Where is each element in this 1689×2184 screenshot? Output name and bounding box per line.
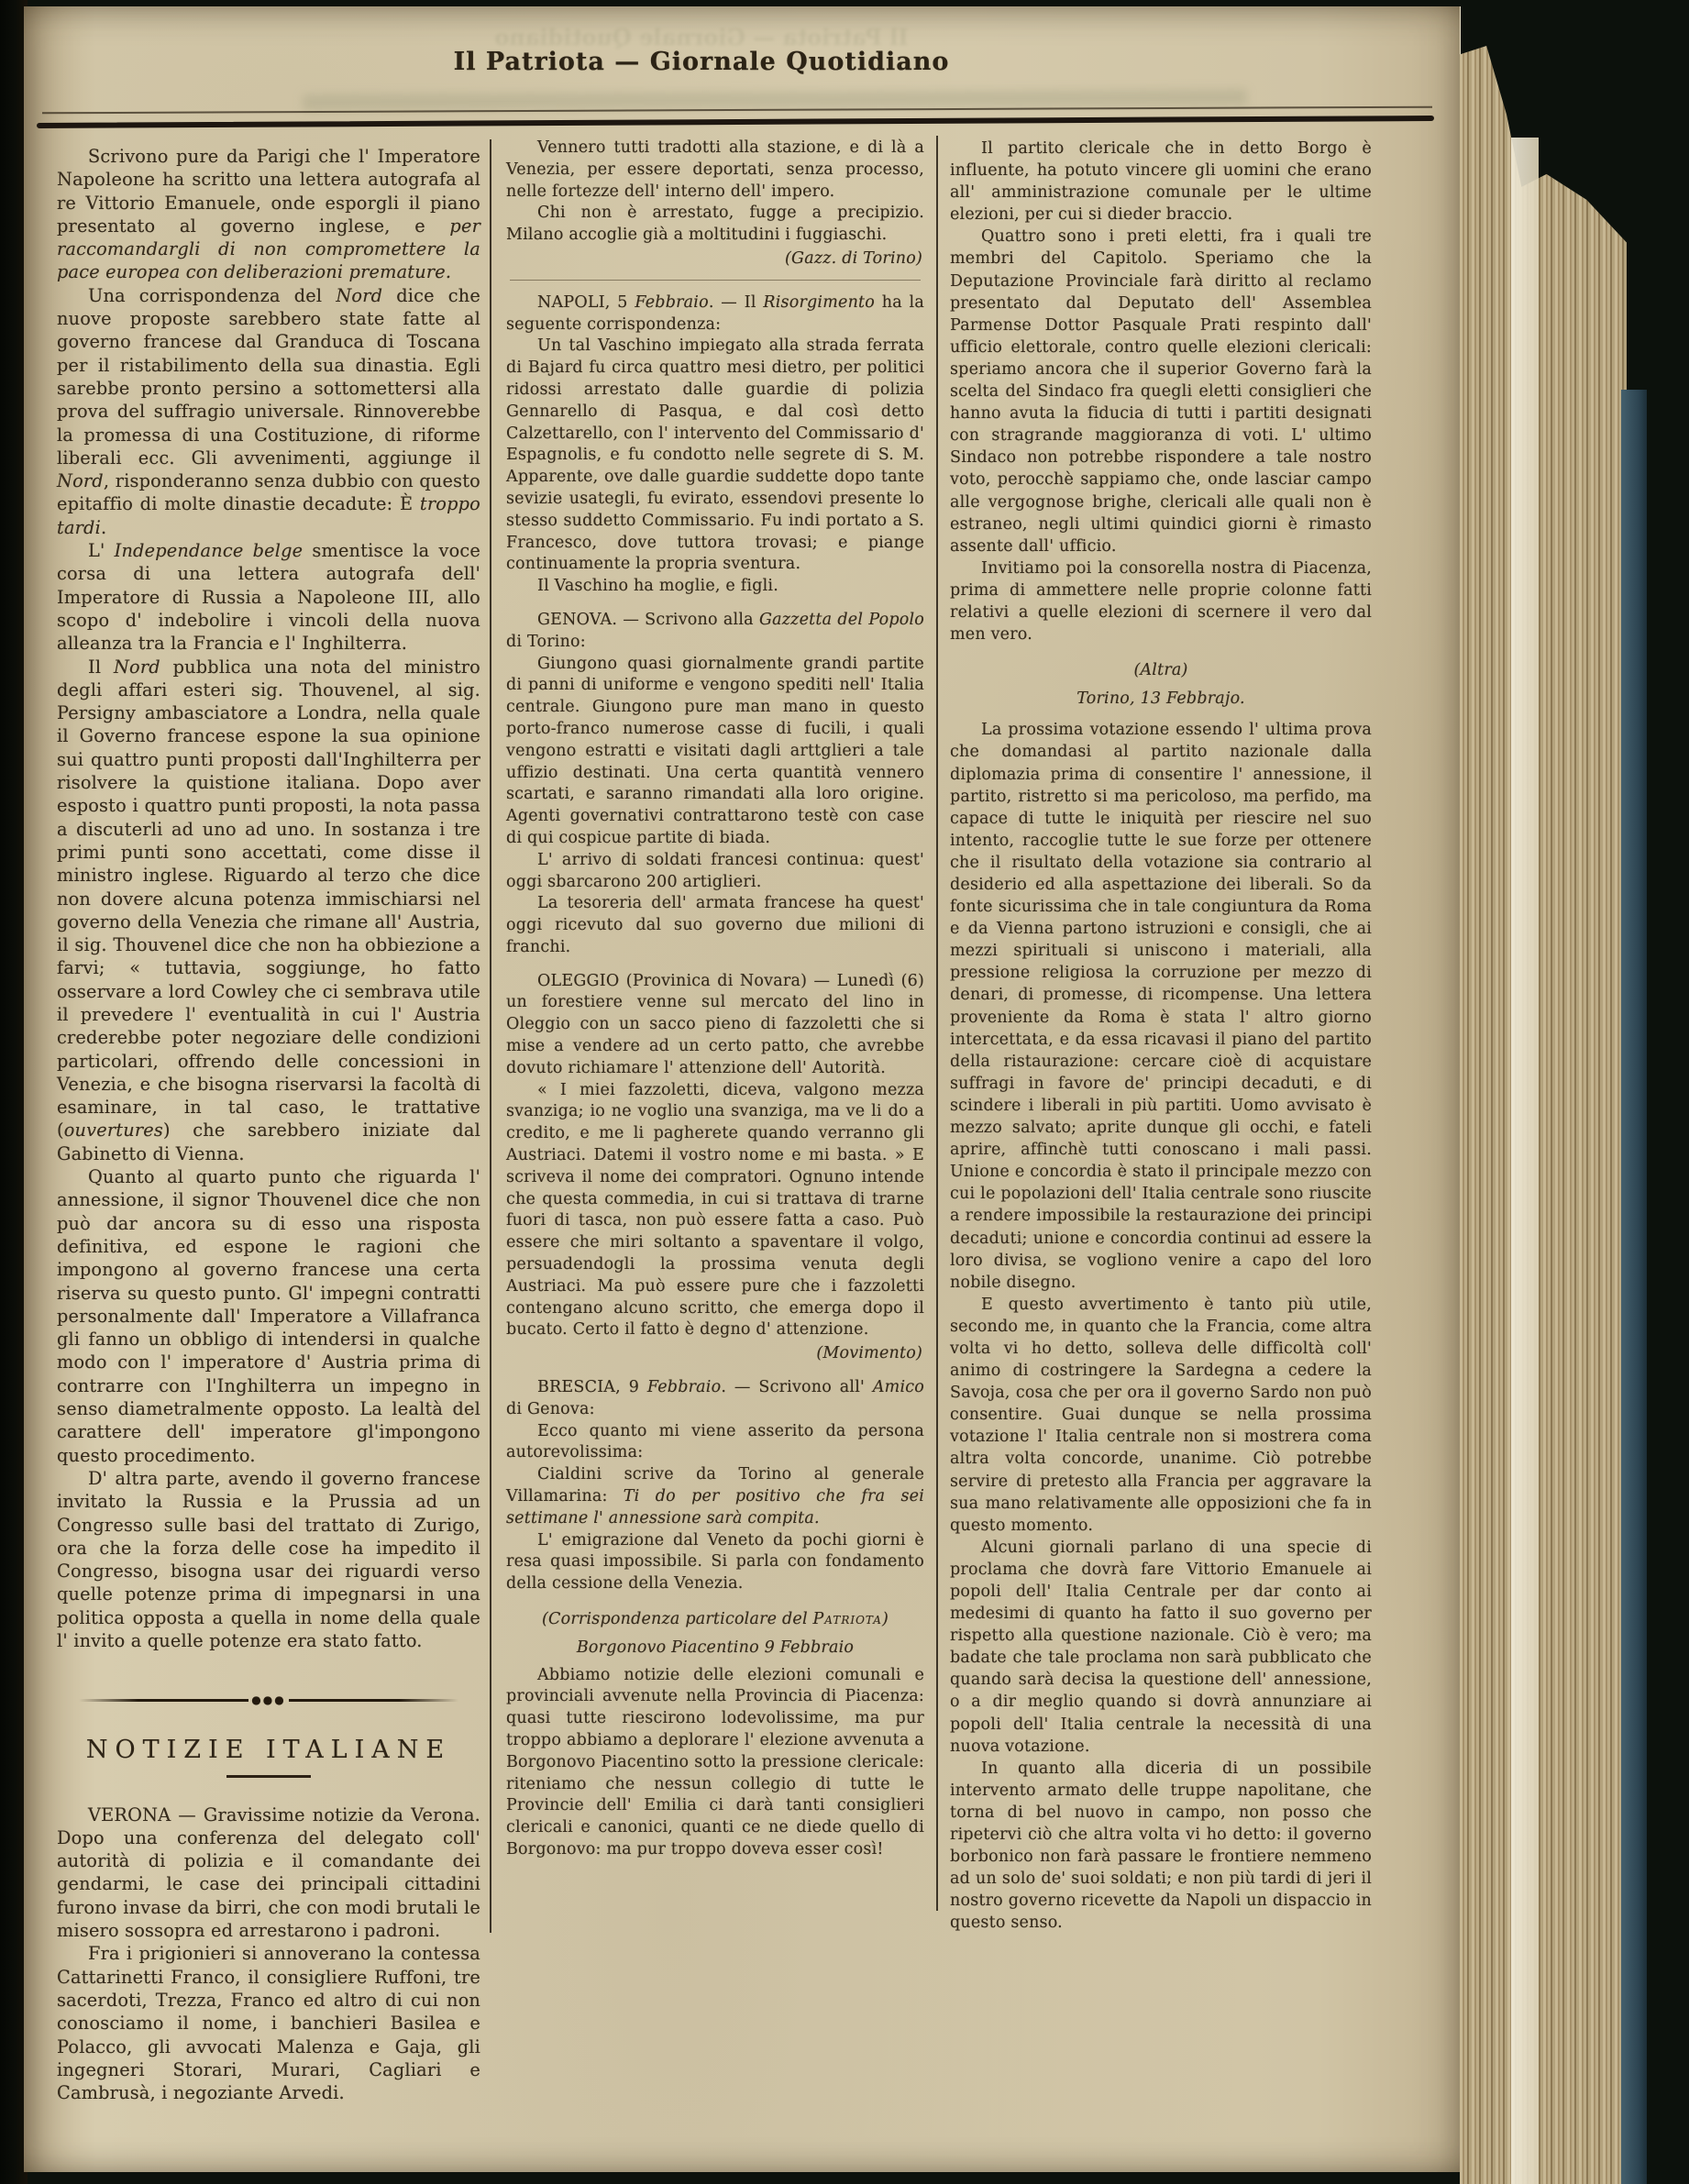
divider-dots-icon: ●●● (248, 1694, 288, 1705)
paragraph: NAPOLI, 5 Febbraio. — Il Risorgimento ha… (506, 292, 924, 336)
text-run: Nord (57, 470, 104, 491)
text-run: Vennero tutti tradotti alla stazione, e … (506, 138, 924, 201)
paragraph: Vennero tutti tradotti alla stazione, e … (506, 138, 924, 203)
text-run: ) (882, 1610, 889, 1628)
dateline: (Corrispondenza particolare del Patriota… (506, 1609, 924, 1631)
column-3: Il partito clericale che in detto Borgo … (950, 138, 1372, 1935)
dateline: (Altra) (950, 659, 1372, 681)
column-1: Scrivono pure da Parigi che l' Imperator… (57, 145, 480, 2104)
paragraph: VERONA — Gravissime notizie da Verona. D… (57, 1803, 480, 1943)
text-run: Il Vaschino ha moglie, e figli. (537, 577, 778, 595)
text-run: Nord (336, 285, 382, 306)
text-run: Il (88, 656, 114, 678)
text-run: Torino, 13 Febbrajo. (1076, 689, 1245, 708)
divider-line (79, 1699, 248, 1702)
text-run: NAPOLI, 5 (537, 293, 635, 312)
text-run: Un tal Vaschino impiegato alla strada fe… (506, 336, 924, 573)
text-run: Nord (114, 656, 160, 678)
paragraph: Una corrispondenza del Nord dice che nuo… (57, 284, 480, 539)
text-run: Scrivono pure da Parigi che l' Imperator… (57, 146, 480, 237)
page-edge-highlight (1511, 138, 1539, 2184)
text-run: Febbraio (647, 1378, 721, 1396)
text-run: BRESCIA, 9 (537, 1378, 647, 1396)
paragraph: Un tal Vaschino impiegato alla strada fe… (506, 336, 924, 576)
divider-line (289, 1699, 458, 1702)
column-divider-1 (490, 139, 491, 1933)
text-run: dice che nuove proposte sarebbero state … (57, 285, 480, 469)
masthead-title: Il Patriota — Giornale Quotidiano (28, 48, 1375, 76)
column-rule (510, 280, 921, 281)
paragraph: Giungono quasi giornalmente grandi parti… (506, 654, 924, 850)
text-run: D' altra parte, avendo il governo france… (57, 1468, 480, 1651)
text-run: E questo avvertimento è tanto più utile,… (950, 1296, 1372, 1535)
text-run: Patriota (813, 1610, 882, 1628)
text-run: Borgonovo Piacentino 9 Febbraio (577, 1638, 854, 1657)
text-run: L' arrivo di soldati francesi continua: … (506, 851, 924, 891)
book-cover-edge (1621, 390, 1647, 2184)
section-heading: NOTIZIE ITALIANE (57, 1738, 480, 1761)
paragraph: Alcuni giornali parlano di una specie di… (950, 1537, 1372, 1758)
paragraph: La tesoreria dell' armata francese ha qu… (506, 893, 924, 958)
paragraph: Quanto al quarto punto che riguarda l' a… (57, 1165, 480, 1467)
paragraph: Il Nord pubblica una nota del ministro d… (57, 656, 480, 1166)
column-divider-2 (936, 136, 938, 1911)
text-run: Risorgimento (763, 293, 875, 312)
stacked-page-edges (1460, 46, 1627, 2184)
source-credit: (Movimento) (506, 1343, 922, 1365)
text-run: Una corrispondenza del (88, 285, 336, 306)
paragraph: BRESCIA, 9 Febbraio. — Scrivono all' Ami… (506, 1377, 924, 1421)
text-run: La tesoreria dell' armata francese ha qu… (506, 894, 924, 956)
text-run: Gazzetta del Popolo (759, 611, 924, 629)
text-run: Ecco quanto mi viene asserito da persona… (506, 1422, 924, 1462)
source-credit: (Gazz. di Torino) (506, 248, 922, 270)
text-run: Quattro sono i preti eletti, fra i quali… (950, 227, 1372, 555)
column-2: Vennero tutti tradotti alla stazione, e … (506, 138, 924, 1861)
text-run: La prossima votazione essendo l' ultima … (950, 721, 1372, 1291)
paragraph: L' arrivo di soldati francesi continua: … (506, 850, 924, 894)
paragraph: OLEGGIO (Provinica di Novara) — Lunedì (… (506, 971, 924, 1080)
text-run: di Torino: (506, 633, 586, 651)
text-run: VERONA — Gravissime notizie da Verona. D… (57, 1804, 480, 1941)
paragraph: Quattro sono i preti eletti, fra i quali… (950, 226, 1372, 557)
paragraph: E questo avvertimento è tanto più utile,… (950, 1294, 1372, 1537)
paragraph: La prossima votazione essendo l' ultima … (950, 719, 1372, 1293)
text-run: (Corrispondenza particolare del (542, 1610, 813, 1628)
paragraph: Invitiamo poi la consorella nostra di Pi… (950, 557, 1372, 645)
text-run: Fra i prigionieri si annoverano la conte… (57, 1943, 480, 2103)
text-run: Amico (873, 1378, 924, 1396)
paragraph: In quanto alla diceria di un possibile i… (950, 1758, 1372, 1935)
text-run: L' emigrazione dal Veneto da pochi giorn… (506, 1531, 924, 1594)
paragraph: L' emigrazione dal Veneto da pochi giorn… (506, 1530, 924, 1595)
text-run: Febbraio (635, 293, 708, 312)
text-run: Il partito clericale che in detto Borgo … (950, 139, 1372, 224)
paragraph: D' altra parte, avendo il governo france… (57, 1467, 480, 1652)
text-run: Quanto al quarto punto che riguarda l' a… (57, 1166, 480, 1466)
text-run: In quanto alla diceria di un possibile i… (950, 1759, 1372, 1933)
text-run: (Altra) (1133, 661, 1187, 679)
text-run: Abbiamo notizie delle elezioni comunali … (506, 1666, 924, 1859)
paragraph: Chi non è arrestato, fugge a precipizio.… (506, 203, 924, 247)
text-run: OLEGGIO (Provinica di Novara) — Lunedì (… (506, 972, 924, 1077)
scanned-newspaper-page: { "page": { "masthead": "Il Patriota — G… (0, 0, 1689, 2184)
paragraph: Il partito clericale che in detto Borgo … (950, 138, 1372, 226)
text-run: . — Il (709, 293, 764, 312)
paragraph: Il Vaschino ha moglie, e figli. (506, 576, 924, 598)
text-run: di Genova: (506, 1400, 595, 1418)
text-run: (Movimento) (816, 1344, 922, 1362)
text-run: Alcuni giornali parlano di una specie di… (950, 1539, 1372, 1756)
text-run: . — Scrivono all' (721, 1378, 873, 1396)
text-run: Invitiamo poi la consorella nostra di Pi… (950, 559, 1372, 644)
dateline: Borgonovo Piacentino 9 Febbraio (506, 1638, 924, 1660)
text-run: Giungono quasi giornalmente grandi parti… (506, 655, 924, 847)
masthead-ghost-bleedthrough: Il Patriota — Giornale Quotidiano (28, 24, 1375, 50)
heading-rule (226, 1775, 311, 1778)
section-divider-ornament: ●●● (79, 1694, 458, 1705)
text-run: pubblica una nota del ministro degli aff… (57, 656, 480, 1142)
text-run: ouvertures (64, 1120, 163, 1141)
paragraph: GENOVA. — Scrivono alla Gazzetta del Pop… (506, 610, 924, 654)
text-run: , risponderanno senza dubbio con questo … (57, 470, 480, 514)
text-run: (Gazz. di Torino) (785, 249, 922, 268)
text-run: Chi non è arrestato, fugge a precipizio.… (506, 204, 924, 244)
paragraph: Ecco quanto mi viene asserito da persona… (506, 1421, 924, 1465)
paragraph: L' Independance belge smentisce la voce … (57, 539, 480, 655)
text-run: NOTIZIE ITALIANE (86, 1736, 451, 1764)
text-run: Independance belge (115, 540, 304, 561)
dateline: Torino, 13 Febbrajo. (950, 688, 1372, 710)
text-run: L' (88, 540, 115, 561)
paragraph: Scrivono pure da Parigi che l' Imperator… (57, 145, 480, 284)
text-run: « I miei fazzoletti, diceva, valgono mez… (506, 1081, 924, 1340)
paragraph: Cialdini scrive da Torino al generale Vi… (506, 1464, 924, 1529)
text-run: GENOVA. — Scrivono alla (537, 611, 759, 629)
paragraph: Abbiamo notizie delle elezioni comunali … (506, 1665, 924, 1861)
paragraph: « I miei fazzoletti, diceva, valgono mez… (506, 1080, 924, 1342)
text-run: . (101, 517, 106, 538)
paragraph: Fra i prigionieri si annoverano la conte… (57, 1942, 480, 2104)
